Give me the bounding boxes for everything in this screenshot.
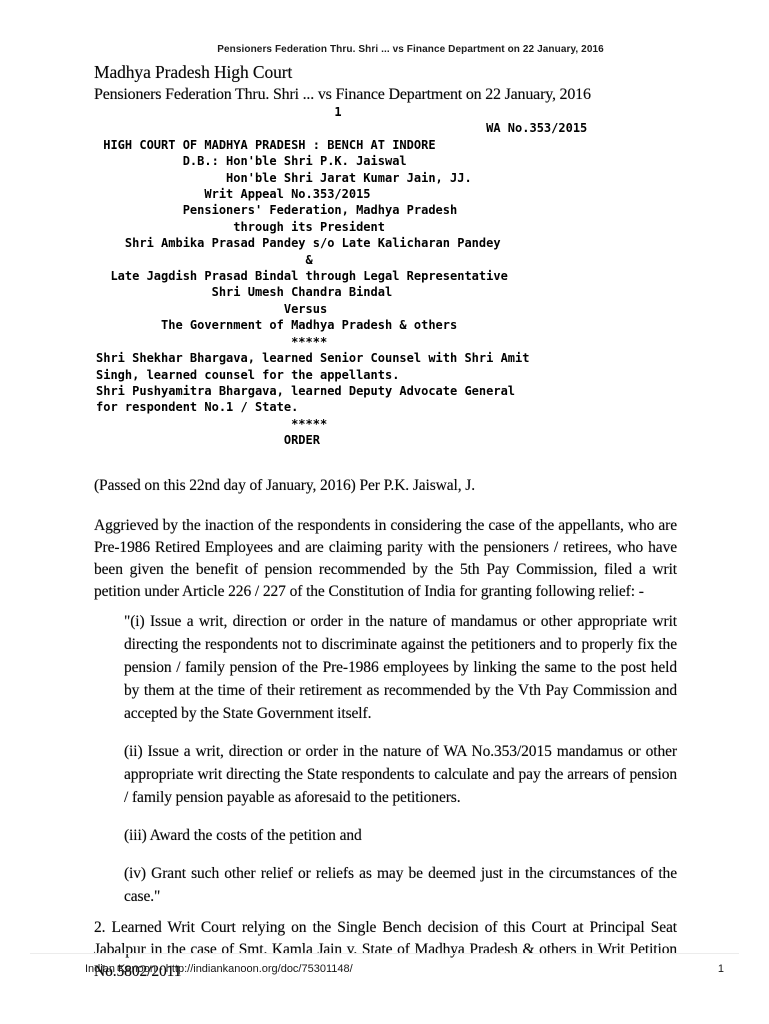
case-title: Pensioners Federation Thru. Shri ... vs …	[94, 84, 677, 106]
relief-item-iv: (iv) Grant such other relief or reliefs …	[124, 862, 677, 908]
order-intro-line: (Passed on this 22nd day of January, 201…	[94, 475, 677, 497]
relief-item-i: "(i) Issue a writ, direction or order in…	[124, 610, 677, 725]
paragraph-aggrieved: Aggrieved by the inaction of the respond…	[94, 515, 677, 603]
relief-item-iii: (iii) Award the costs of the petition an…	[124, 824, 677, 847]
footer-source-url: Indian Kanoon - http://indiankanoon.org/…	[30, 963, 353, 975]
court-name-heading: Madhya Pradesh High Court	[94, 60, 677, 84]
relief-item-ii: (ii) Issue a writ, direction or order in…	[124, 740, 677, 809]
document-body: Madhya Pradesh High Court Pensioners Fed…	[94, 60, 677, 983]
relief-blockquote: "(i) Issue a writ, direction or order in…	[124, 610, 677, 908]
judgment-page: Pensioners Federation Thru. Shri ... vs …	[0, 0, 769, 1024]
page-footer: Indian Kanoon - http://indiankanoon.org/…	[30, 953, 739, 975]
footer-page-number: 1	[718, 963, 739, 975]
running-header: Pensioners Federation Thru. Shri ... vs …	[52, 44, 769, 55]
cause-title-block: 1 WA No.353/2015 HIGH COURT OF MADHYA PR…	[96, 104, 677, 449]
